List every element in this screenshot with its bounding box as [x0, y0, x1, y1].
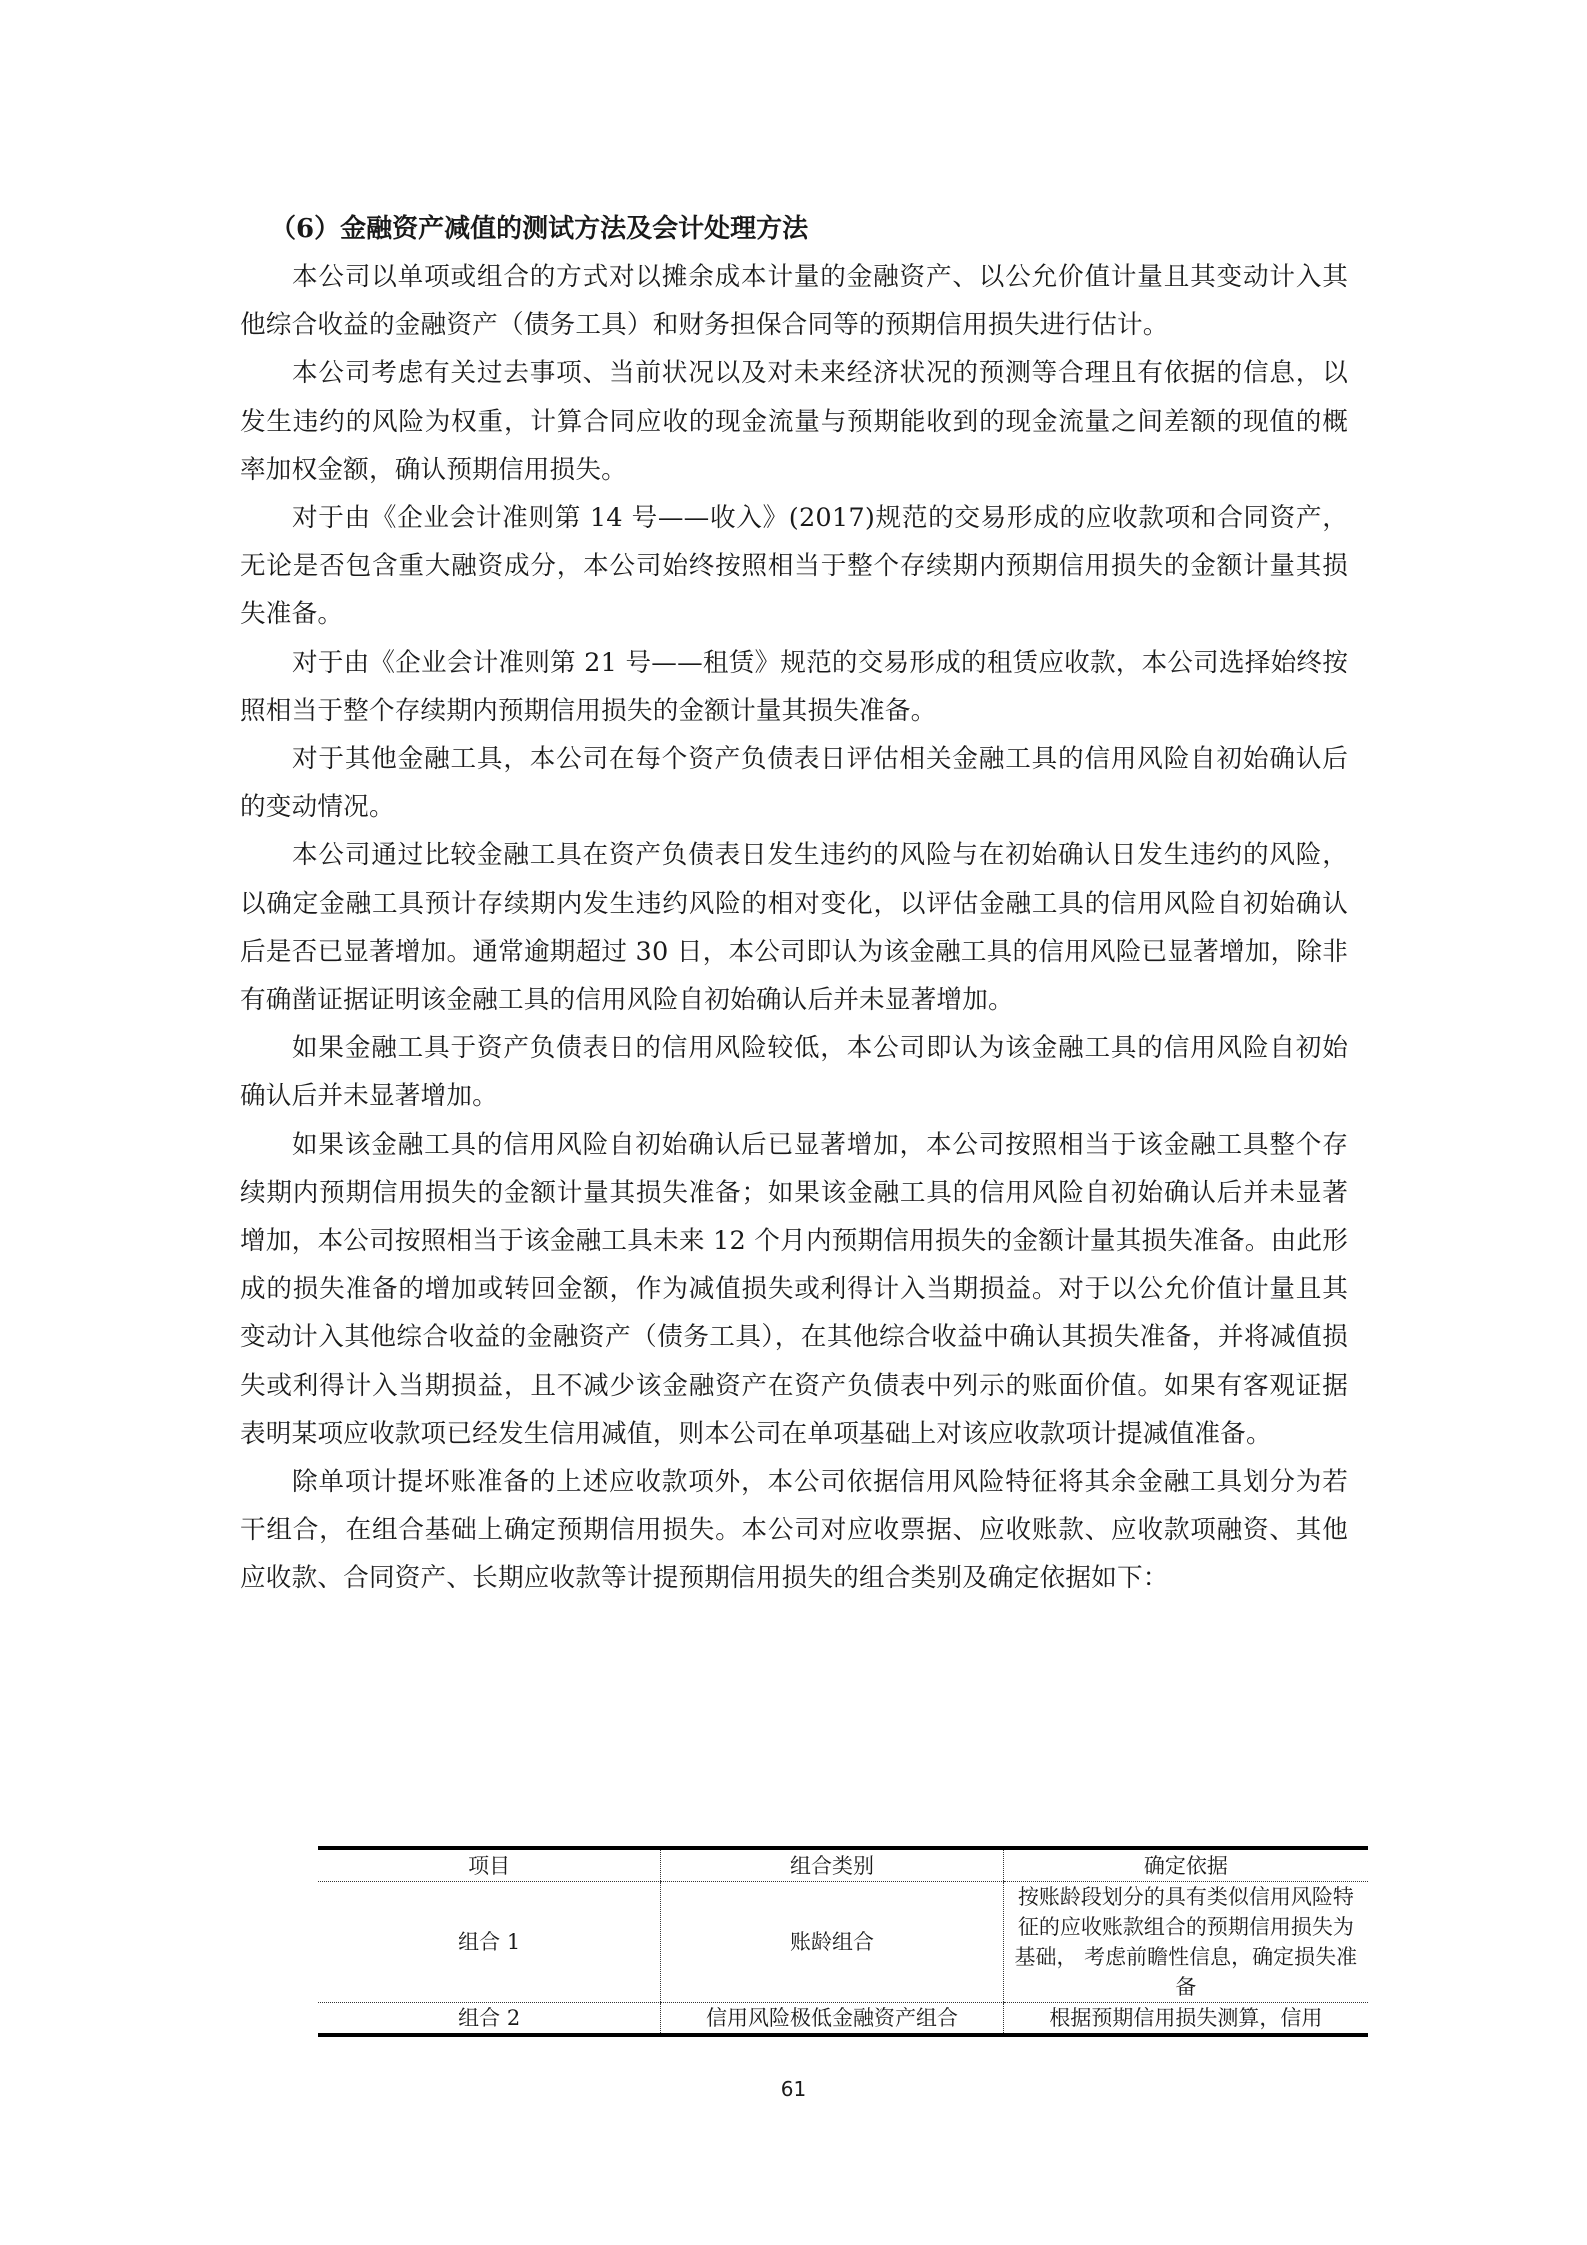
paragraph-4: 对于由《企业会计准则第 21 号——租赁》规范的交易形成的租赁应收款，本公司选择…: [240, 639, 1348, 735]
paragraph-6: 本公司通过比较金融工具在资产负债表日发生违约的风险与在初始确认日发生违约的风险，…: [240, 831, 1348, 1024]
paragraph-3: 对于由《企业会计准则第 14 号——收入》(2017)规范的交易形成的应收款项和…: [240, 494, 1348, 639]
section-heading: （6）金融资产减值的测试方法及会计处理方法: [270, 205, 1348, 253]
header-category: 组合类别: [661, 1848, 1003, 1882]
paragraph-8: 如果该金融工具的信用风险自初始确认后已显著增加，本公司按照相当于该金融工具整个存…: [240, 1121, 1348, 1458]
cell-item: 组合 2: [318, 2003, 661, 2036]
cell-basis: 根据预期信用损失测算，信用: [1003, 2003, 1368, 2036]
table-row: 组合 2 信用风险极低金融资产组合 根据预期信用损失测算，信用: [318, 2003, 1368, 2036]
document-body: （6）金融资产减值的测试方法及会计处理方法 本公司以单项或组合的方式对以摊余成本…: [240, 205, 1348, 1603]
header-basis: 确定依据: [1003, 1848, 1368, 1882]
header-item: 项目: [318, 1848, 661, 1882]
paragraph-2: 本公司考虑有关过去事项、当前状况以及对未来经济状况的预测等合理且有依据的信息，以…: [240, 349, 1348, 494]
paragraph-9: 除单项计提坏账准备的上述应收款项外，本公司依据信用风险特征将其余金融工具划分为若…: [240, 1458, 1348, 1603]
paragraph-5: 对于其他金融工具，本公司在每个资产负债表日评估相关金融工具的信用风险自初始确认后…: [240, 735, 1348, 831]
paragraph-1: 本公司以单项或组合的方式对以摊余成本计量的金融资产、以公允价值计量且其变动计入其…: [240, 253, 1348, 349]
cell-item: 组合 1: [318, 1882, 661, 2003]
page-number: 61: [0, 2077, 1587, 2101]
combination-table-container: 项目 组合类别 确定依据 组合 1 账龄组合 按账龄段划分的具有类似信用风险特征…: [318, 1846, 1368, 2037]
cell-category: 信用风险极低金融资产组合: [661, 2003, 1003, 2036]
table-row: 组合 1 账龄组合 按账龄段划分的具有类似信用风险特征的应收账款组合的预期信用损…: [318, 1882, 1368, 2003]
table-header-row: 项目 组合类别 确定依据: [318, 1848, 1368, 1882]
combination-table: 项目 组合类别 确定依据 组合 1 账龄组合 按账龄段划分的具有类似信用风险特征…: [318, 1846, 1368, 2037]
paragraph-7: 如果金融工具于资产负债表日的信用风险较低，本公司即认为该金融工具的信用风险自初始…: [240, 1024, 1348, 1120]
cell-category: 账龄组合: [661, 1882, 1003, 2003]
cell-basis: 按账龄段划分的具有类似信用风险特征的应收账款组合的预期信用损失为基础， 考虑前瞻…: [1003, 1882, 1368, 2003]
